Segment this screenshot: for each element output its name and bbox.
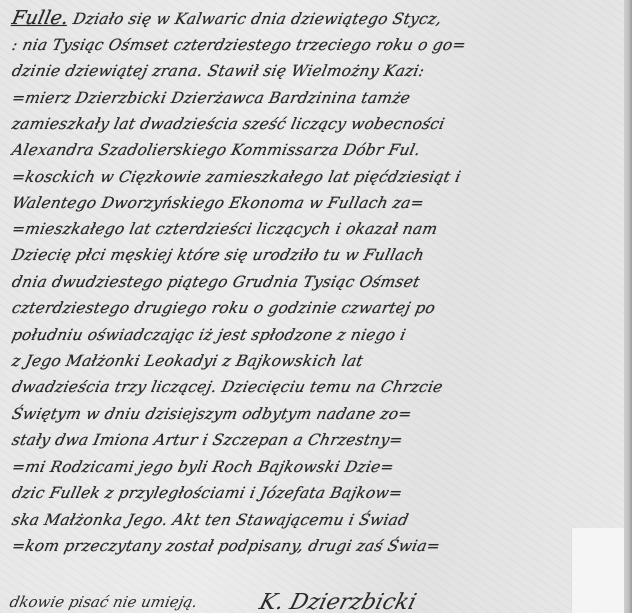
handwritten-text-body: Fulle. Działo się w Kalwaric dnia dziewi… <box>0 0 632 613</box>
text-line-3: dzinie dziewiątej zrana. Stawił się Wiel… <box>10 61 624 81</box>
signature: K. Dzierzbicki <box>257 590 419 613</box>
archive-stamp <box>571 528 632 613</box>
text-line-16: Świętym w dniu dzisiejszym odbytym nadan… <box>10 404 624 424</box>
document-page: Fulle. Działo się w Kalwaric dnia dziewi… <box>0 0 632 613</box>
text-line-17: stały dwa Imiona Artur i Szczepan a Chrz… <box>10 430 624 450</box>
text-line-1-content: Działo się w Kalwaric dnia dziewiątego S… <box>71 10 443 28</box>
text-line-13: południu oświadczając iż jest spłodzone … <box>10 325 624 345</box>
text-line-14: z Jego Małżonki Leokadyi z Bajkowskich l… <box>10 351 624 371</box>
page-binding-edge <box>624 0 632 613</box>
text-line-9: =mieszkałego lat czterdzieści liczących … <box>10 219 624 239</box>
text-line-18: =mi Rodzicami jego byli Roch Bajkowski D… <box>10 457 624 477</box>
text-line-21: =kom przeczytany został podpisany, drugi… <box>10 536 624 556</box>
text-line-6: Alexandra Szadolierskiego Kommissarza Dó… <box>10 140 624 160</box>
text-line-2: : nia Tysiąc Ośmset czterdziestego trzec… <box>10 35 624 55</box>
text-line-7: =kosckich w Cięzkowie zamieszkałego lat … <box>10 167 624 187</box>
text-line-4: =mierz Dzierzbicki Dzierżawca Bardzinina… <box>10 88 624 108</box>
text-line-1: Fulle. Działo się w Kalwaric dnia dziewi… <box>10 8 624 29</box>
text-line-11: dnia dwudziestego piątego Grudnia Tysiąc… <box>10 272 624 292</box>
text-line-10: Dziecię płci męskiej które się urodziło … <box>10 245 624 265</box>
text-line-19: dzic Fullek z przyległościami i Józefata… <box>10 483 624 503</box>
text-line-22: dkowie pisać nie umieją. <box>8 593 199 611</box>
text-line-5: zamieszkały lat dwadzieścia sześć licząc… <box>10 114 624 134</box>
text-line-20: ska Małżonka Jego. Akt ten Stawającemu i… <box>10 510 624 530</box>
text-line-15: dwadzieścia trzy liczącej. Dziecięciu te… <box>10 377 624 397</box>
place-header: Fulle. <box>10 7 71 29</box>
text-line-8: Walentego Dworzyńskiego Ekonoma w Fullac… <box>10 193 624 213</box>
text-line-12: czterdziestego drugiego roku o godzinie … <box>10 298 624 318</box>
